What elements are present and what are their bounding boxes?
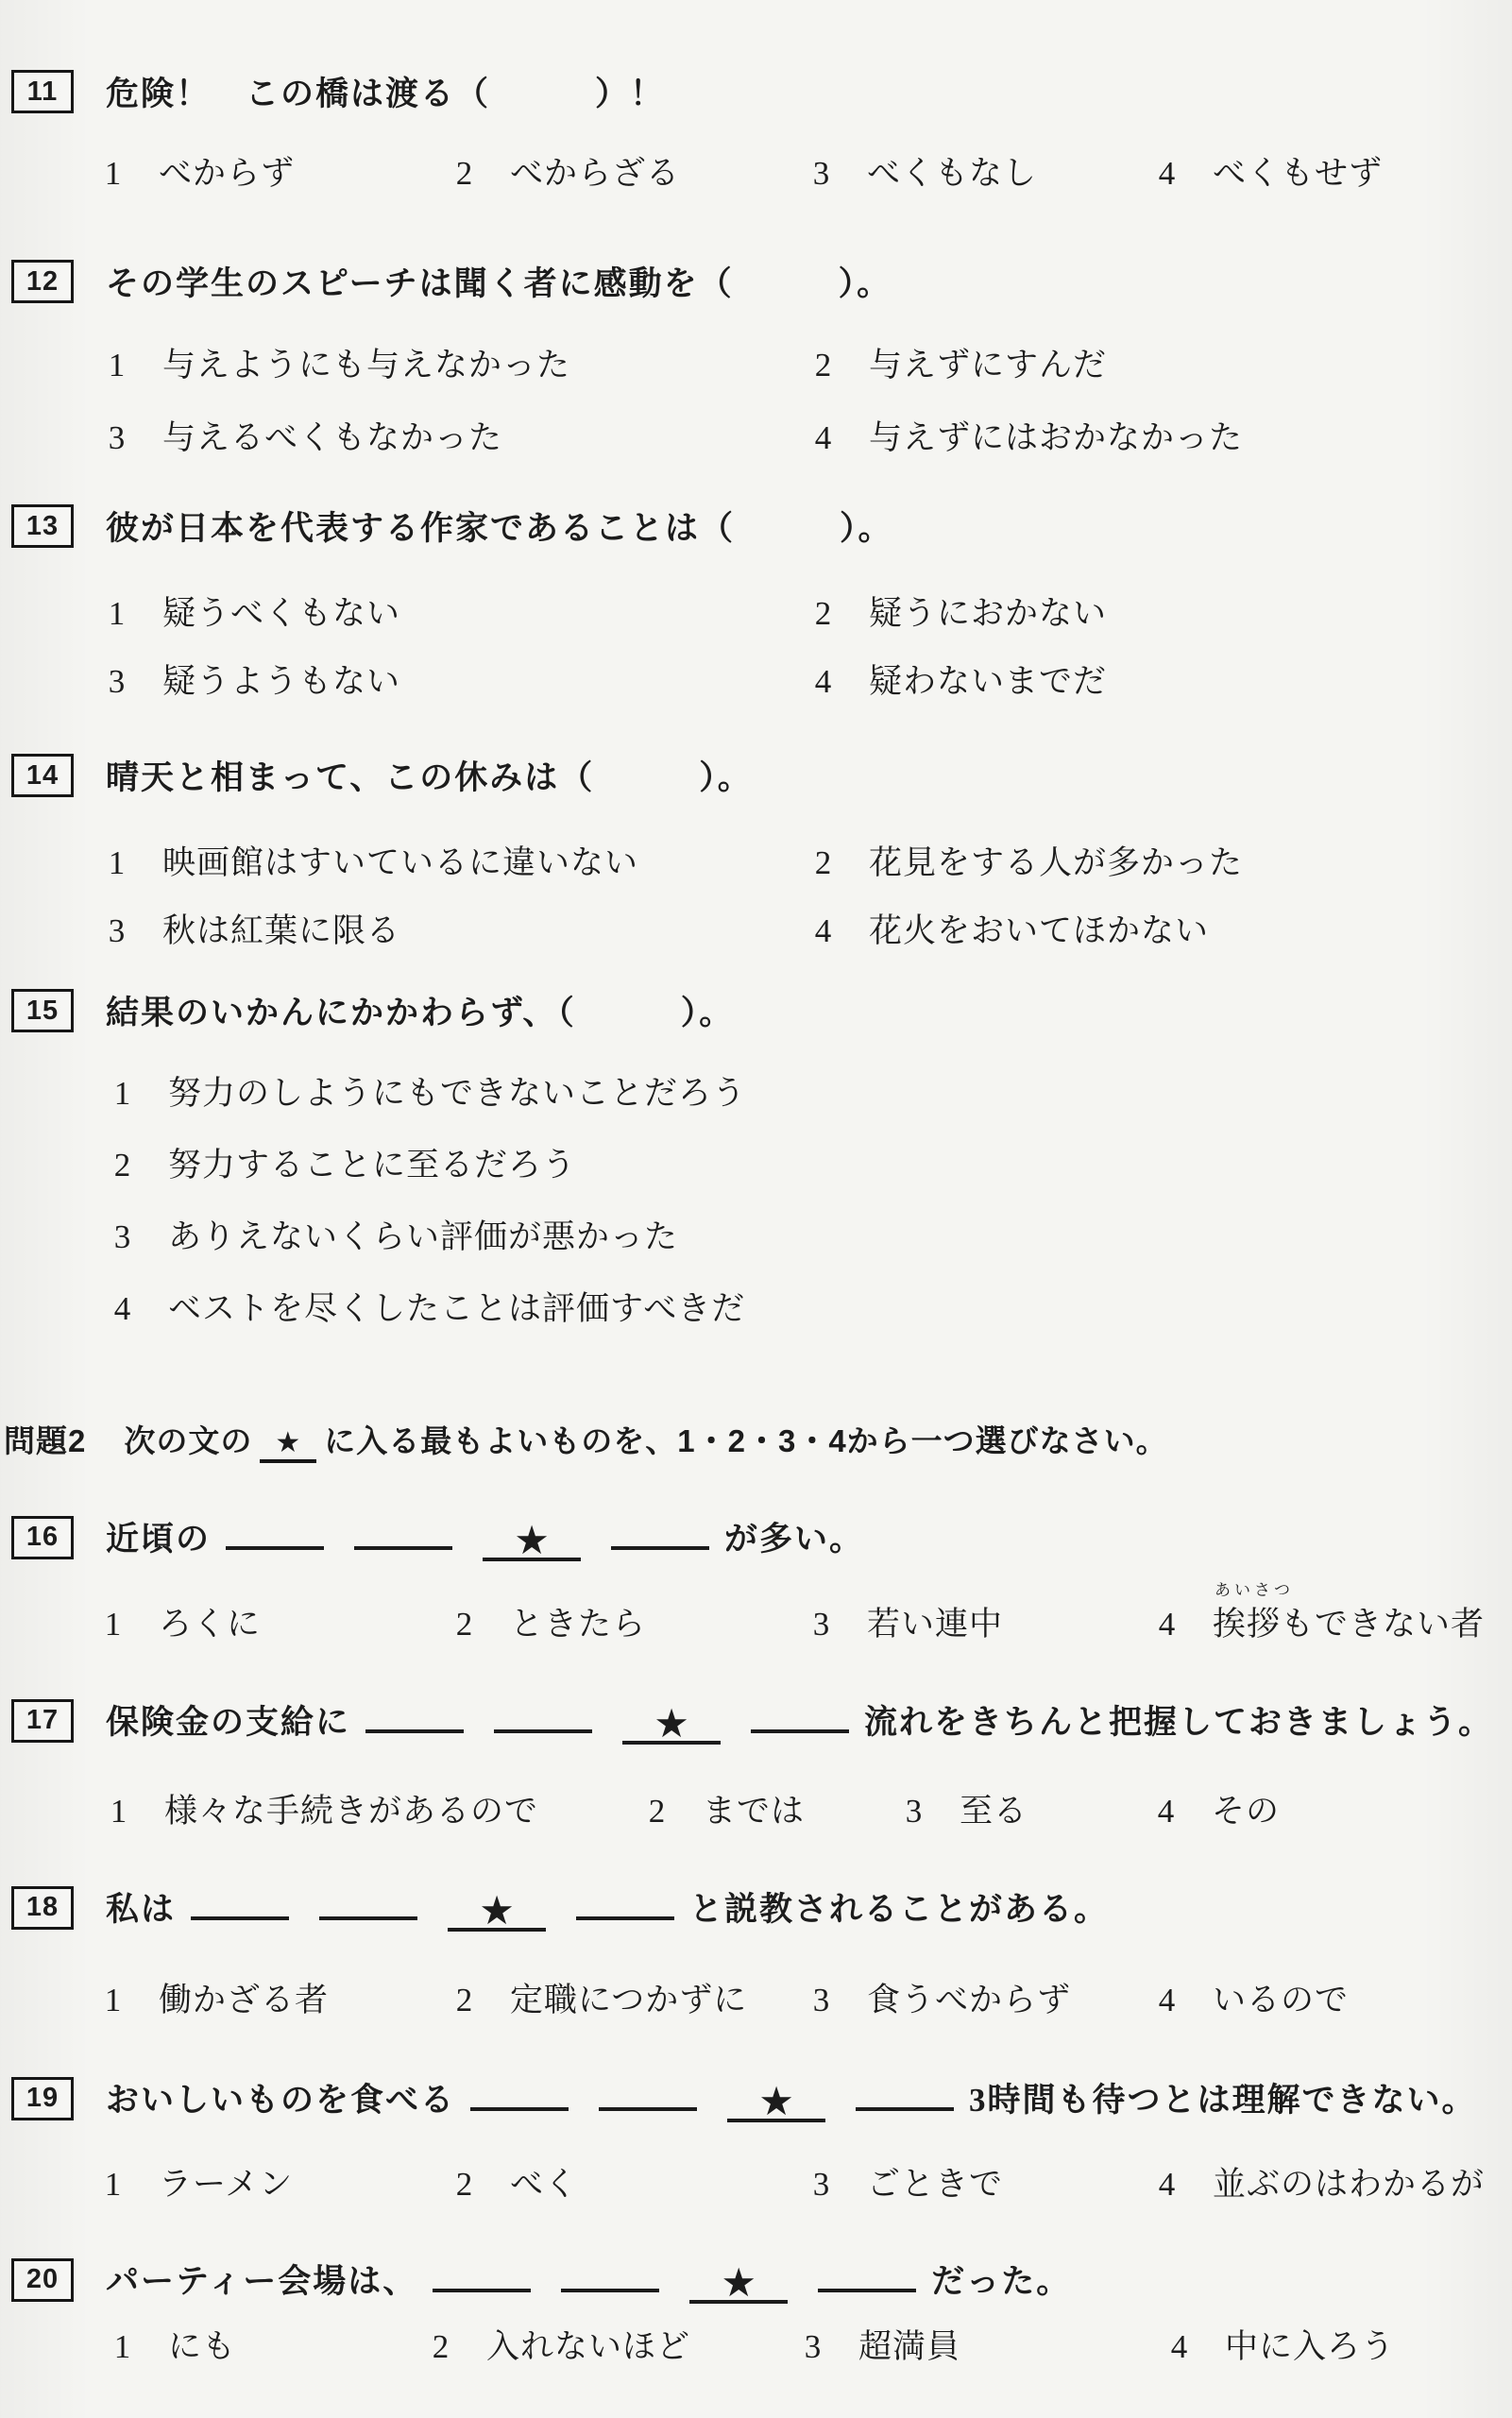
question-number-box: 17	[11, 1699, 74, 1743]
option-number: 3	[810, 1606, 833, 1643]
question-15: 15 結果のいかんにかかわらず、（ ）。 1 努力のしようにもできないことだろう…	[0, 987, 1512, 1330]
option-number: 4	[1156, 155, 1179, 193]
option-number: 3	[810, 2166, 833, 2204]
sentence-after: 3時間も待つとは理解できない。	[969, 2074, 1477, 2121]
option-label: 与えずにはおかなかった	[869, 412, 1243, 459]
option-number: 3	[106, 663, 128, 701]
question-12-options: 1 与えようにも与えなかった 2 与えずにすんだ 3 与えるべくもなかった 4 …	[0, 339, 1512, 459]
option-number: 4	[1156, 1606, 1179, 1643]
question-13-options: 1 疑うべくもない 2 疑うにおかない 3 疑うようもない 4 疑わないまでだ	[0, 587, 1512, 703]
option: 1 与えようにも与えなかった	[106, 339, 812, 386]
option: 1 映画館はすいているに違いない	[106, 837, 812, 884]
blank-line-2	[494, 1725, 592, 1733]
option-number: 2	[646, 1793, 669, 1831]
option: 2 ときたら	[453, 1598, 810, 1645]
question-number-box: 15	[11, 989, 74, 1032]
option-label: 秋は紅葉に限る	[162, 905, 400, 952]
blank-line-4	[818, 2284, 916, 2292]
section2-instruction-start: 次の文の	[124, 1417, 252, 1461]
option-label: ときたら	[510, 1598, 646, 1645]
question-11: 11 危険！ この橋は渡る（ ）！ 1 べからず 2 べからざる 3 べくもなし…	[0, 68, 1512, 195]
option-number: 3	[111, 1218, 134, 1256]
option-label: 超満員	[858, 2321, 960, 2368]
option: 2 努力することに至るだろう	[111, 1139, 1512, 1186]
blank-line-4	[576, 1912, 674, 1920]
option-label: 花火をおいてほかない	[869, 905, 1209, 952]
option: 2 疑うにおかない	[812, 587, 1512, 635]
option: 2 べく	[453, 2158, 810, 2205]
option: 3 与えるべくもなかった	[106, 412, 812, 459]
option: 2 入れないほど	[430, 2321, 802, 2368]
question-18: 18 私は ★ と説教されることがある。 1 働かざる者 2 定職につかずに 3…	[0, 1883, 1512, 2021]
option-number: 4	[111, 1290, 134, 1328]
option-label: 疑わないまでだ	[869, 656, 1107, 703]
option-label: ろくに	[159, 1598, 261, 1645]
option-number: 1	[102, 155, 125, 193]
option: 4 並ぶのはわかるが	[1156, 2158, 1512, 2205]
option-number: 3	[810, 155, 833, 193]
question-15-options: 1 努力のしようにもできないことだろう 2 努力することに至るだろう 3 ありえ…	[0, 1067, 1512, 1330]
option: 1 ろくに	[102, 1598, 453, 1645]
question-14-header: 14 晴天と相まって、この休みは（ ）。	[0, 752, 1512, 799]
option-number: 2	[812, 347, 835, 384]
option-number: 1	[102, 2166, 125, 2204]
option-label: 至る	[960, 1785, 1028, 1832]
question-19-header: 19 おいしいものを食べる ★ 3時間も待つとは理解できない。	[0, 2074, 1512, 2122]
option: 2 べからざる	[453, 147, 810, 195]
question-17-header: 17 保険金の支給に ★ 流れをきちんと把握しておきましょう。	[0, 1696, 1512, 1745]
option: 4 与えずにはおかなかった	[812, 412, 1512, 459]
option-number: 1	[102, 1606, 125, 1643]
option-label: 花見をする人が多かった	[869, 837, 1243, 884]
sentence-after: と説教されることがある。	[689, 1883, 1109, 1931]
question-18-options: 1 働かざる者 2 定職につかずに 3 食うべからず 4 いるので	[0, 1974, 1512, 2021]
question-text: 結果のいかんにかかわらず、（ ）。	[106, 987, 734, 1034]
blank-line-2	[599, 2103, 697, 2111]
option-number: 4	[1156, 2166, 1179, 2204]
question-11-options: 1 べからず 2 べからざる 3 べくもなし 4 べくもせず	[0, 147, 1512, 195]
option-label: 与えるべくもなかった	[162, 412, 502, 459]
option-label: 与えずにすんだ	[869, 339, 1107, 386]
sentence-after: が多い。	[724, 1513, 864, 1560]
blank-line-2	[319, 1912, 417, 1920]
option: 4 あいさつ挨拶もできない者	[1156, 1598, 1512, 1645]
star-icon: ★	[721, 2264, 756, 2304]
option-label: べからざる	[510, 147, 680, 195]
star-icon: ★	[260, 1426, 316, 1463]
furigana: あいさつ	[1215, 1576, 1294, 1600]
option: 3 食うべからず	[810, 1974, 1156, 2021]
option-label: にも	[168, 2321, 236, 2368]
sentence-before: おいしいものを食べる	[106, 2074, 455, 2121]
star-icon: ★	[758, 2083, 794, 2122]
option-label: 入れないほど	[486, 2321, 690, 2368]
option: 4 べくもせず	[1156, 147, 1512, 195]
option-number: 1	[106, 347, 128, 384]
question-number-box: 11	[11, 70, 74, 113]
question-13: 13 彼が日本を代表する作家であることは（ ）。 1 疑うべくもない 2 疑うに…	[0, 502, 1512, 703]
blank-line-4	[856, 2103, 954, 2111]
option: 4 疑わないまでだ	[812, 656, 1512, 703]
question-text: 晴天と相まって、この休みは（ ）。	[106, 752, 753, 799]
question-sentence: 近頃の ★ が多い。	[106, 1513, 864, 1561]
option: 1 様々な手続きがあるので	[108, 1785, 646, 1832]
question-text: 彼が日本を代表する作家であることは（ ）。	[106, 502, 893, 550]
option-label: あいさつ挨拶もできない者	[1213, 1598, 1485, 1645]
blank-line-star: ★	[622, 1701, 721, 1745]
option: 1 にも	[111, 2321, 430, 2368]
option-number: 3	[106, 419, 128, 457]
question-sentence: おいしいものを食べる ★ 3時間も待つとは理解できない。	[106, 2074, 1477, 2122]
question-number-box: 13	[11, 504, 74, 548]
sentence-before: 私は	[106, 1883, 176, 1931]
option-number: 1	[102, 1982, 125, 2019]
question-12-header: 12 その学生のスピーチは聞く者に感動を（ ）。	[0, 258, 1512, 305]
option: 3 超満員	[802, 2321, 1168, 2368]
blank-line-star: ★	[448, 1888, 546, 1932]
option-label: べからず	[159, 147, 295, 195]
section2-heading: 問題2 次の文の ★ に入る最もよいものを、1・2・3・4から一つ選びなさい。	[0, 1417, 1512, 1463]
question-20-options: 1 にも 2 入れないほど 3 超満員 4 中に入ろう	[0, 2321, 1512, 2368]
option-number: 2	[430, 2328, 452, 2366]
option-label: 様々な手続きがあるので	[164, 1785, 538, 1832]
option-number: 1	[111, 2328, 134, 2366]
option: 4 その	[1155, 1785, 1512, 1832]
question-number-box: 19	[11, 2077, 74, 2120]
option-number: 4	[1168, 2328, 1191, 2366]
sentence-after: 流れをきちんと把握しておきましょう。	[864, 1696, 1493, 1744]
option-label: 努力することに至るだろう	[168, 1139, 576, 1186]
option-number: 2	[453, 1982, 476, 2019]
option: 3 べくもなし	[810, 147, 1156, 195]
star-icon: ★	[514, 1522, 550, 1561]
option: 1 努力のしようにもできないことだろう	[111, 1067, 1512, 1115]
question-14-options: 1 映画館はすいているに違いない 2 花見をする人が多かった 3 秋は紅葉に限る…	[0, 837, 1512, 952]
blank-line-4	[611, 1541, 709, 1550]
option-label: 疑うべくもない	[162, 587, 400, 635]
sentence-before: 近頃の	[106, 1513, 211, 1560]
option-number: 1	[111, 1075, 134, 1113]
option: 3 疑うようもない	[106, 656, 812, 703]
option-label: までは	[703, 1785, 805, 1832]
option: 3 ありえないくらい評価が悪かった	[111, 1211, 1512, 1258]
option-number: 2	[453, 1606, 476, 1643]
question-11-header: 11 危険！ この橋は渡る（ ）！	[0, 68, 1512, 115]
option: 1 べからず	[102, 147, 453, 195]
question-sentence: 保険金の支給に ★ 流れをきちんと把握しておきましょう。	[106, 1696, 1493, 1745]
option-label: べくもせず	[1213, 147, 1383, 195]
option: 4 いるので	[1156, 1974, 1512, 2021]
option-number: 4	[812, 663, 835, 701]
option-label: その	[1212, 1785, 1280, 1832]
question-number-box: 14	[11, 754, 74, 797]
question-13-header: 13 彼が日本を代表する作家であることは（ ）。	[0, 502, 1512, 550]
blank-line-2	[354, 1541, 452, 1550]
option: 2 与えずにすんだ	[812, 339, 1512, 386]
option: 1 疑うべくもない	[106, 587, 812, 635]
option-label: 食うべからず	[867, 1974, 1071, 2021]
question-12: 12 その学生のスピーチは聞く者に感動を（ ）。 1 与えようにも与えなかった …	[0, 258, 1512, 459]
option-label: 並ぶのはわかるが	[1213, 2158, 1485, 2205]
option-label: 与えようにも与えなかった	[162, 339, 570, 386]
option-label: ベストを尽くしたことは評価すべきだ	[168, 1283, 745, 1330]
option-number: 1	[108, 1793, 130, 1831]
option-number: 3	[802, 2328, 824, 2366]
option-label: べく	[510, 2158, 578, 2205]
question-20: 20 パーティー会場は、 ★ だった。 1 にも 2 入れないほど 3 超満員 …	[0, 2256, 1512, 2368]
option-number: 3	[106, 912, 128, 950]
option-label: 努力のしようにもできないことだろう	[168, 1067, 746, 1115]
option-label: べくもなし	[867, 147, 1037, 195]
option: 3 至る	[903, 1785, 1155, 1832]
blank-line-4	[751, 1725, 849, 1733]
section2-instruction-end: に入る最もよいものを、1・2・3・4から一つ選びなさい。	[324, 1417, 1167, 1461]
option-label: ありえないくらい評価が悪かった	[168, 1211, 678, 1258]
blank-line-1	[365, 1725, 464, 1733]
question-sentence: 私は ★ と説教されることがある。	[106, 1883, 1109, 1932]
question-number-box: 20	[11, 2258, 74, 2302]
option-number: 3	[903, 1793, 926, 1831]
option: 3 ごときで	[810, 2158, 1156, 2205]
question-sentence: パーティー会場は、 ★ だった。	[106, 2256, 1071, 2304]
option: 1 ラーメン	[102, 2158, 453, 2205]
option-label: 働かざる者	[159, 1974, 329, 2021]
option-number: 2	[812, 844, 835, 882]
option-number: 1	[106, 844, 128, 882]
blank-line-star: ★	[727, 2079, 825, 2122]
blank-line-1	[470, 2103, 569, 2111]
question-16-options: 1 ろくに 2 ときたら 3 若い連中 4 あいさつ挨拶もできない者	[0, 1598, 1512, 1645]
question-20-header: 20 パーティー会場は、 ★ だった。	[0, 2256, 1512, 2304]
option-label: 定職につかずに	[510, 1974, 747, 2021]
question-text: 危険！ この橋は渡る（ ）！	[106, 68, 665, 115]
question-17: 17 保険金の支給に ★ 流れをきちんと把握しておきましょう。 1 様々な手続き…	[0, 1696, 1512, 1832]
option-number: 4	[1156, 1982, 1179, 2019]
blank-line-2	[561, 2284, 659, 2292]
option-number: 2	[111, 1147, 134, 1184]
star-icon: ★	[654, 1705, 689, 1745]
option-number: 2	[812, 595, 835, 633]
sentence-before: パーティー会場は、	[106, 2256, 417, 2303]
blank-line-1	[191, 1912, 289, 1920]
option: 1 働かざる者	[102, 1974, 453, 2021]
option: 4 中に入ろう	[1168, 2321, 1512, 2368]
option: 3 若い連中	[810, 1598, 1156, 1645]
option: 2 定職につかずに	[453, 1974, 810, 2021]
question-number-box: 12	[11, 260, 74, 303]
option-label-text: 挨拶もできない者	[1213, 1606, 1485, 1643]
question-19: 19 おいしいものを食べる ★ 3時間も待つとは理解できない。 1 ラーメン 2…	[0, 2074, 1512, 2205]
blank-line-star: ★	[483, 1518, 581, 1561]
option: 4 花火をおいてほかない	[812, 905, 1512, 952]
option-label: ラーメン	[159, 2158, 293, 2205]
option-number: 2	[453, 155, 476, 193]
option: 3 秋は紅葉に限る	[106, 905, 812, 952]
section2-label: 問題2	[4, 1417, 86, 1461]
question-17-options: 1 様々な手続きがあるので 2 までは 3 至る 4 その	[0, 1785, 1512, 1832]
option-label: いるので	[1213, 1974, 1349, 2021]
question-19-options: 1 ラーメン 2 べく 3 ごときで 4 並ぶのはわかるが	[0, 2158, 1512, 2205]
option-number: 4	[812, 419, 835, 457]
option-number: 4	[1155, 1793, 1178, 1831]
question-14: 14 晴天と相まって、この休みは（ ）。 1 映画館はすいているに違いない 2 …	[0, 752, 1512, 952]
blank-line-1	[226, 1541, 324, 1550]
option: 2 までは	[646, 1785, 903, 1832]
option-label: 若い連中	[867, 1598, 1003, 1645]
question-15-header: 15 結果のいかんにかかわらず、（ ）。	[0, 987, 1512, 1034]
blank-line-star: ★	[689, 2260, 788, 2304]
question-16-header: 16 近頃の ★ が多い。	[0, 1513, 1512, 1561]
question-16: 16 近頃の ★ が多い。 1 ろくに 2 ときたら 3 若い連中 4 あいさつ…	[0, 1513, 1512, 1645]
option-number: 4	[812, 912, 835, 950]
blank-line-1	[433, 2284, 531, 2292]
question-text: その学生のスピーチは聞く者に感動を（ ）。	[106, 258, 892, 305]
option-number: 1	[106, 595, 128, 633]
question-18-header: 18 私は ★ と説教されることがある。	[0, 1883, 1512, 1932]
option: 4 ベストを尽くしたことは評価すべきだ	[111, 1283, 1512, 1330]
option-label: 中に入ろう	[1225, 2321, 1395, 2368]
option-number: 2	[453, 2166, 476, 2204]
question-number-box: 18	[11, 1886, 74, 1930]
option-number: 3	[810, 1982, 833, 2019]
option: 2 花見をする人が多かった	[812, 837, 1512, 884]
option-label: 疑うにおかない	[869, 587, 1107, 635]
sentence-before: 保険金の支給に	[106, 1696, 350, 1744]
star-icon: ★	[479, 1892, 515, 1932]
option-label: ごときで	[867, 2158, 1003, 2205]
option-label: 疑うようもない	[162, 656, 400, 703]
option-label: 映画館はすいているに違いない	[162, 837, 638, 884]
sentence-after: だった。	[931, 2256, 1071, 2303]
question-number-box: 16	[11, 1516, 74, 1559]
